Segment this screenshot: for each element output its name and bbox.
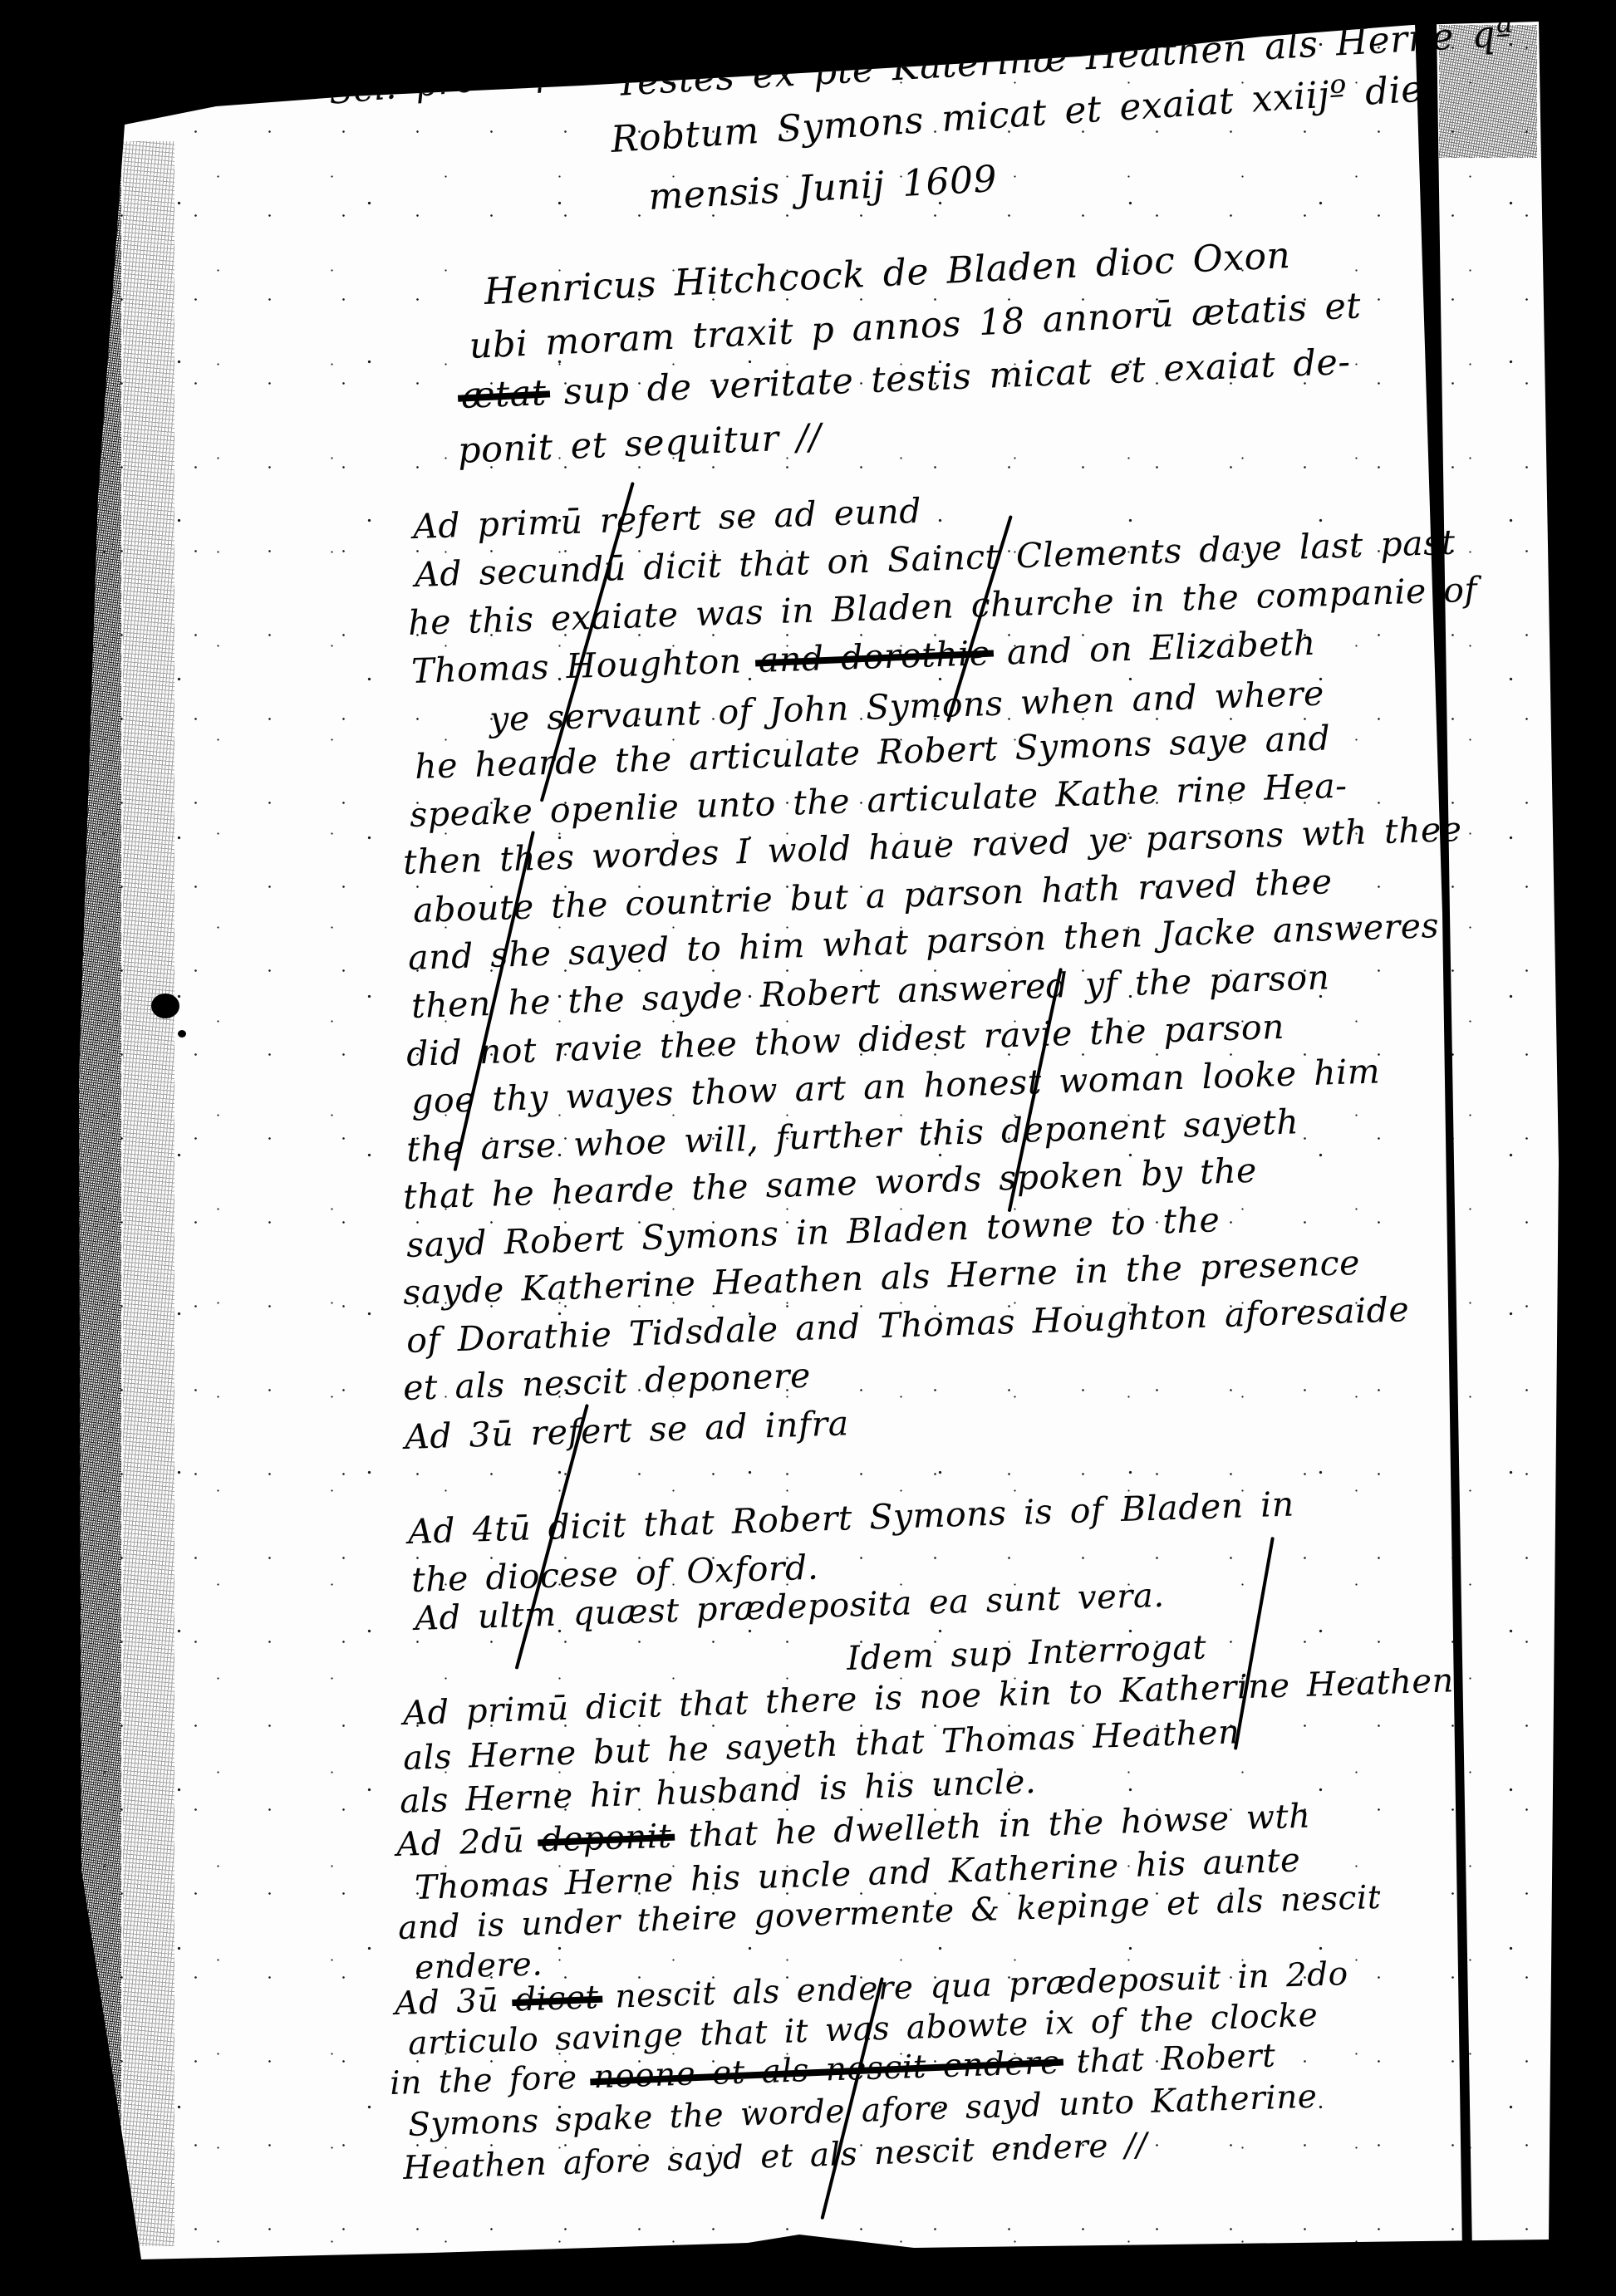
ink-blot: [151, 993, 179, 1018]
struck-text: dicet: [514, 1979, 599, 2019]
ink-flourish: [1234, 1537, 1275, 1750]
parchment-page: Sel: pro cop: Testes ex pte Katerinæ Hea…: [0, 0, 1616, 2296]
manuscript-line: et als nescit deponere: [402, 1356, 811, 1408]
handwritten-text: Ad 4tū dicit that Robert Symons is of Bl…: [407, 1484, 1294, 1552]
handwritten-text: Ad 3ū refert se ad infra: [404, 1403, 849, 1457]
handwritten-text: mensis Junij 1609: [647, 158, 998, 218]
handwritten-text: in the fore: [390, 2058, 595, 2102]
struck-text: deponit: [541, 1818, 672, 1860]
struck-text: and dorothie: [758, 633, 990, 680]
manuscript-line: Ad 3ū refert se ad infra: [404, 1403, 849, 1457]
handwritten-text: Ad 3ū: [395, 1981, 516, 2023]
scanned-manuscript-screenshot: { "scan": { "paper_color": "#fdfdfd", "i…: [0, 0, 1616, 2296]
handwritten-text: and on Elizabeth: [990, 623, 1317, 673]
left-edge-dither: [42, 116, 121, 2261]
handwritten-text: Ad 2dū: [396, 1822, 543, 1864]
handwritten-text: et als nescit deponere: [402, 1356, 811, 1408]
manuscript-line: mensis Junij 1609: [647, 158, 998, 218]
manuscript-line: Ad 4tū dicit that Robert Symons is of Bl…: [407, 1484, 1294, 1552]
handwritten-text: Sel: pro cop:: [327, 51, 572, 112]
handwritten-text: that Robert: [1059, 2038, 1276, 2082]
ink-blot: [178, 1030, 186, 1038]
manuscript-line: Ad primū refert se ad eund: [412, 491, 921, 547]
handwritten-text: Ad primū refert se ad eund: [412, 491, 921, 547]
manuscript-line: ponit et sequitur //: [457, 416, 822, 472]
left-edge-dither-light: [123, 141, 174, 2246]
margin-note: Sel: pro cop:: [327, 51, 572, 112]
handwritten-text: ponit et sequitur //: [457, 416, 822, 472]
struck-text: ætat: [460, 372, 547, 417]
